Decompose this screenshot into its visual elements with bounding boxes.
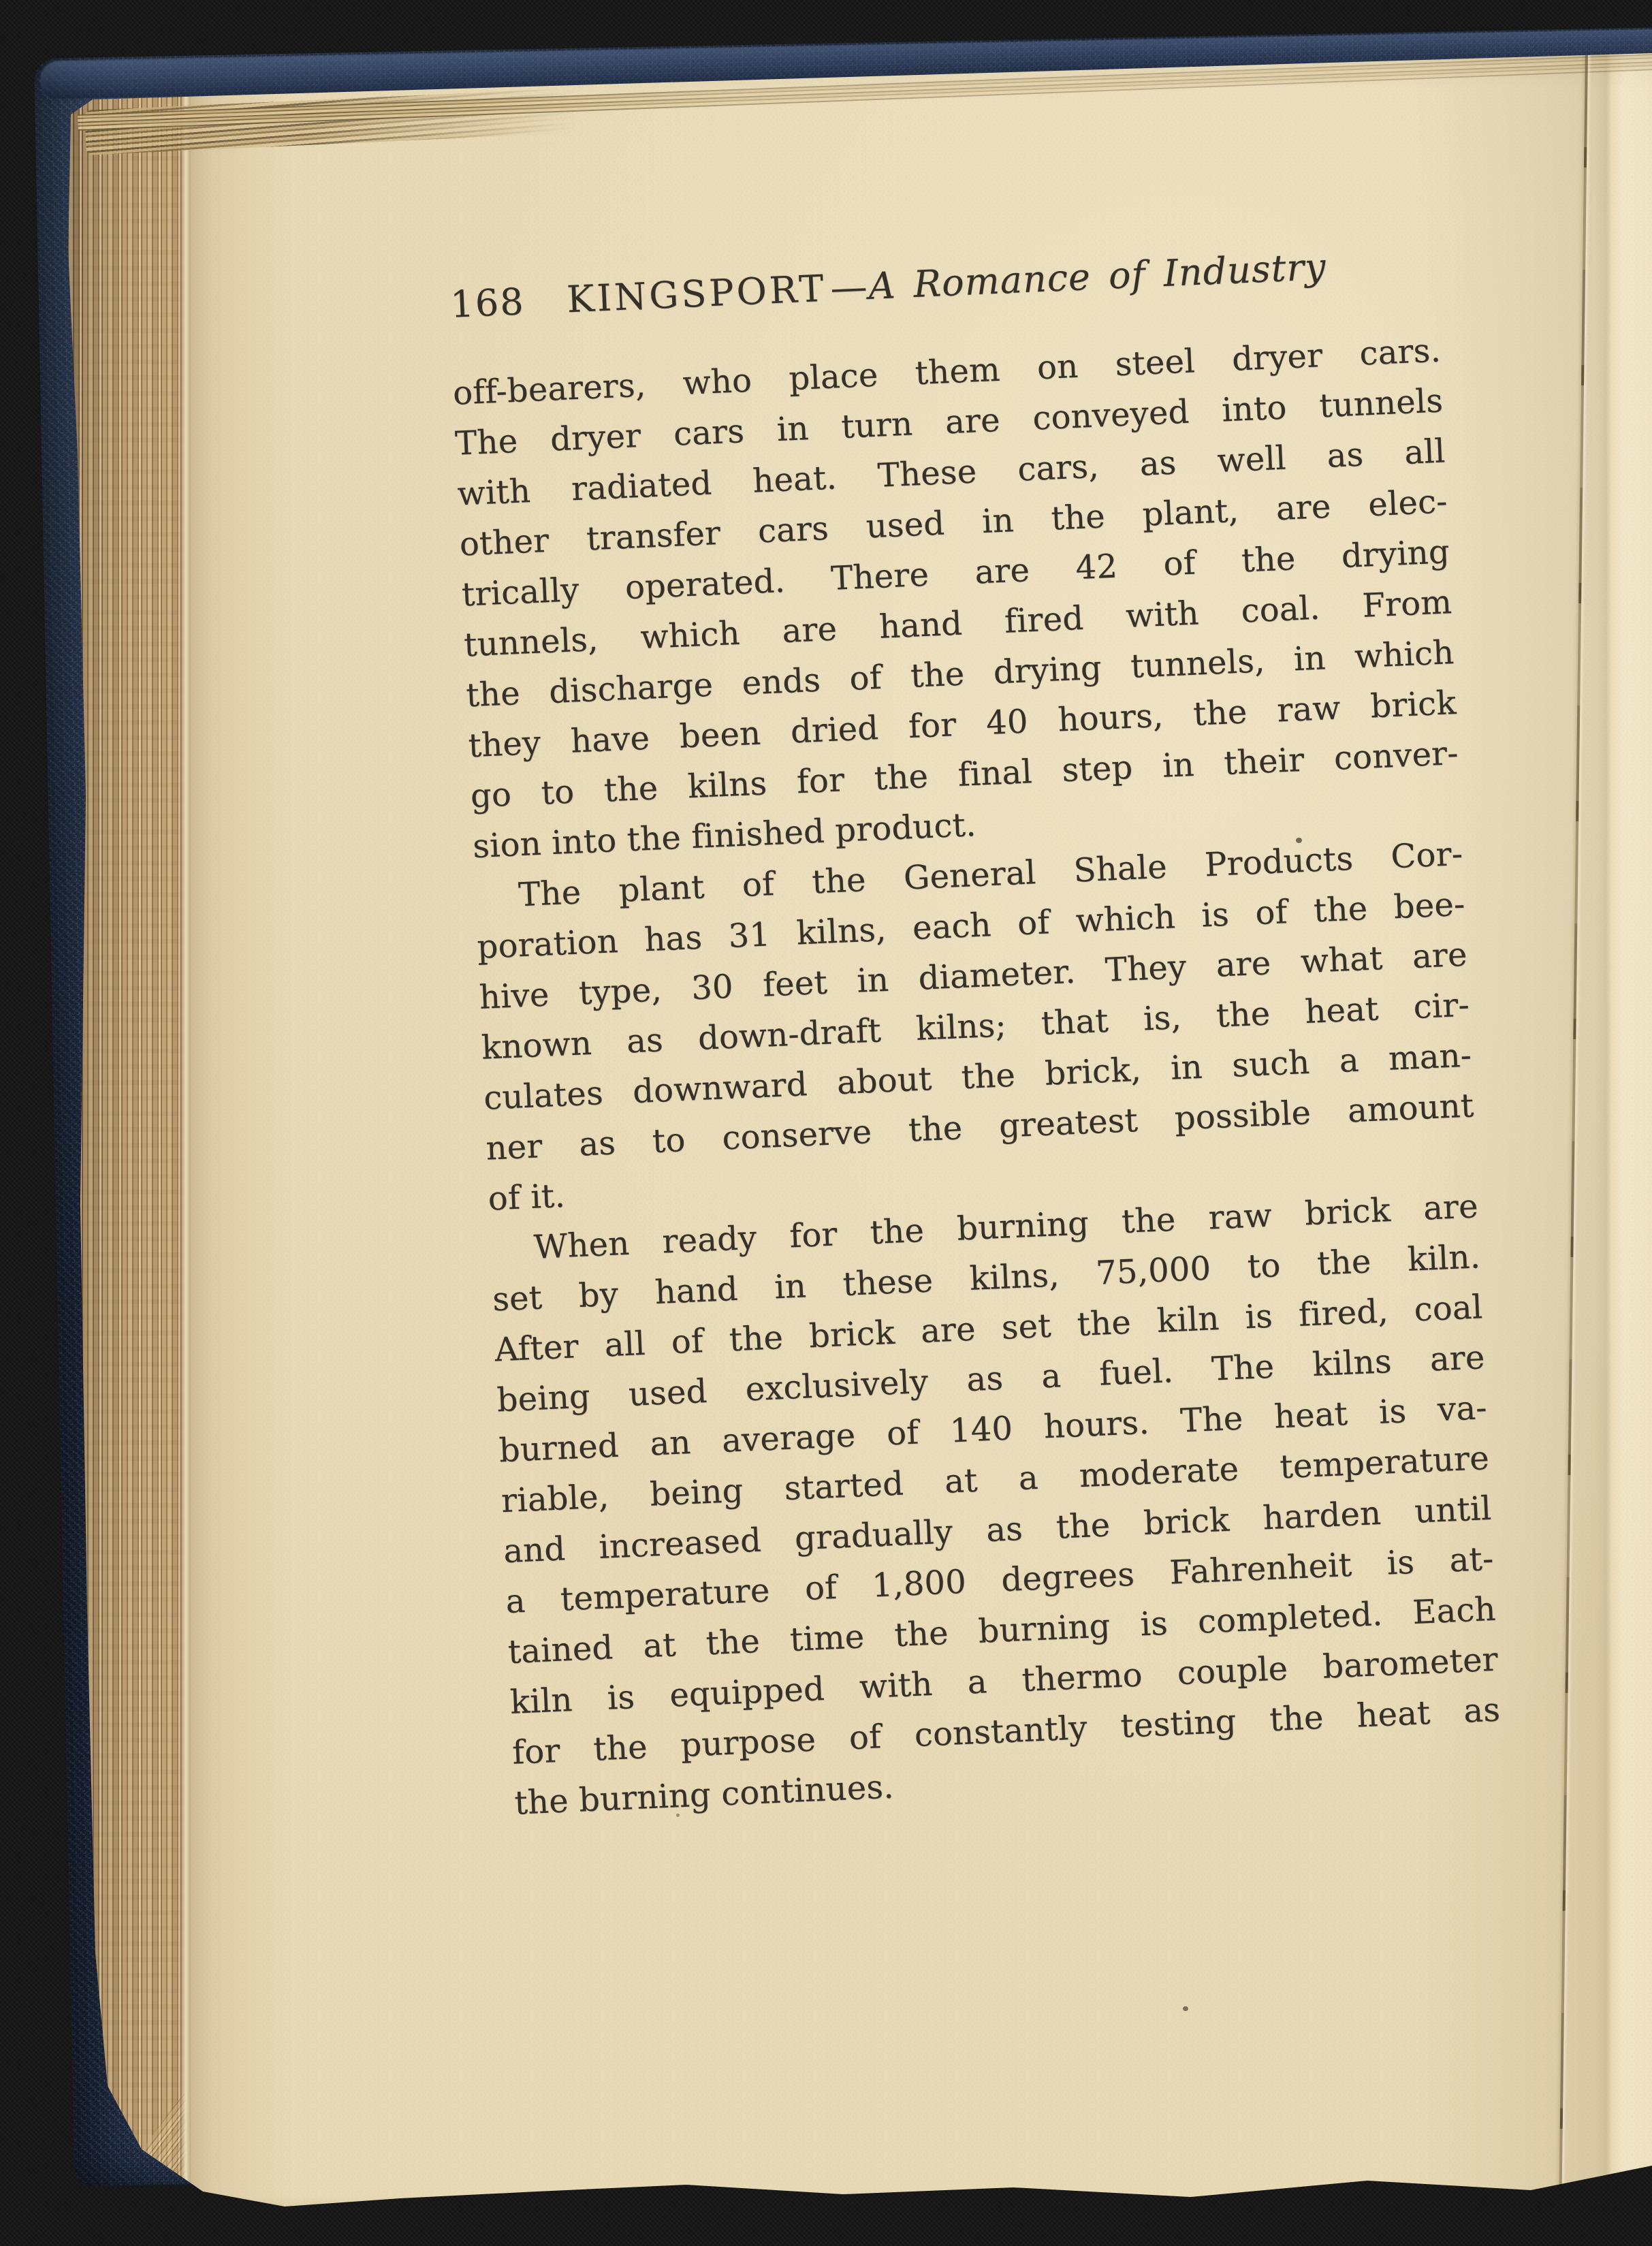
- body-text: off-bearers, who place them on steel dry…: [452, 326, 1504, 1829]
- paper-speck: [1183, 2006, 1188, 2011]
- scanned-book-photo: 168 KINGSPORT — A Romance of Industry of…: [0, 0, 1652, 2246]
- page-number: 168: [449, 278, 526, 329]
- paragraph: When ready for the burning the raw brick…: [489, 1181, 1503, 1828]
- printed-text: 168 KINGSPORT — A Romance of Industry of…: [448, 238, 1504, 1829]
- page-left-edge-ridge: [180, 46, 191, 2226]
- paragraph: The plant of the General Shale Products …: [474, 829, 1477, 1224]
- paragraph: off-bearers, who place them on steel dry…: [452, 326, 1462, 872]
- running-head-separator: —: [829, 263, 868, 312]
- book-page: 168 KINGSPORT — A Romance of Industry of…: [60, 46, 1652, 2226]
